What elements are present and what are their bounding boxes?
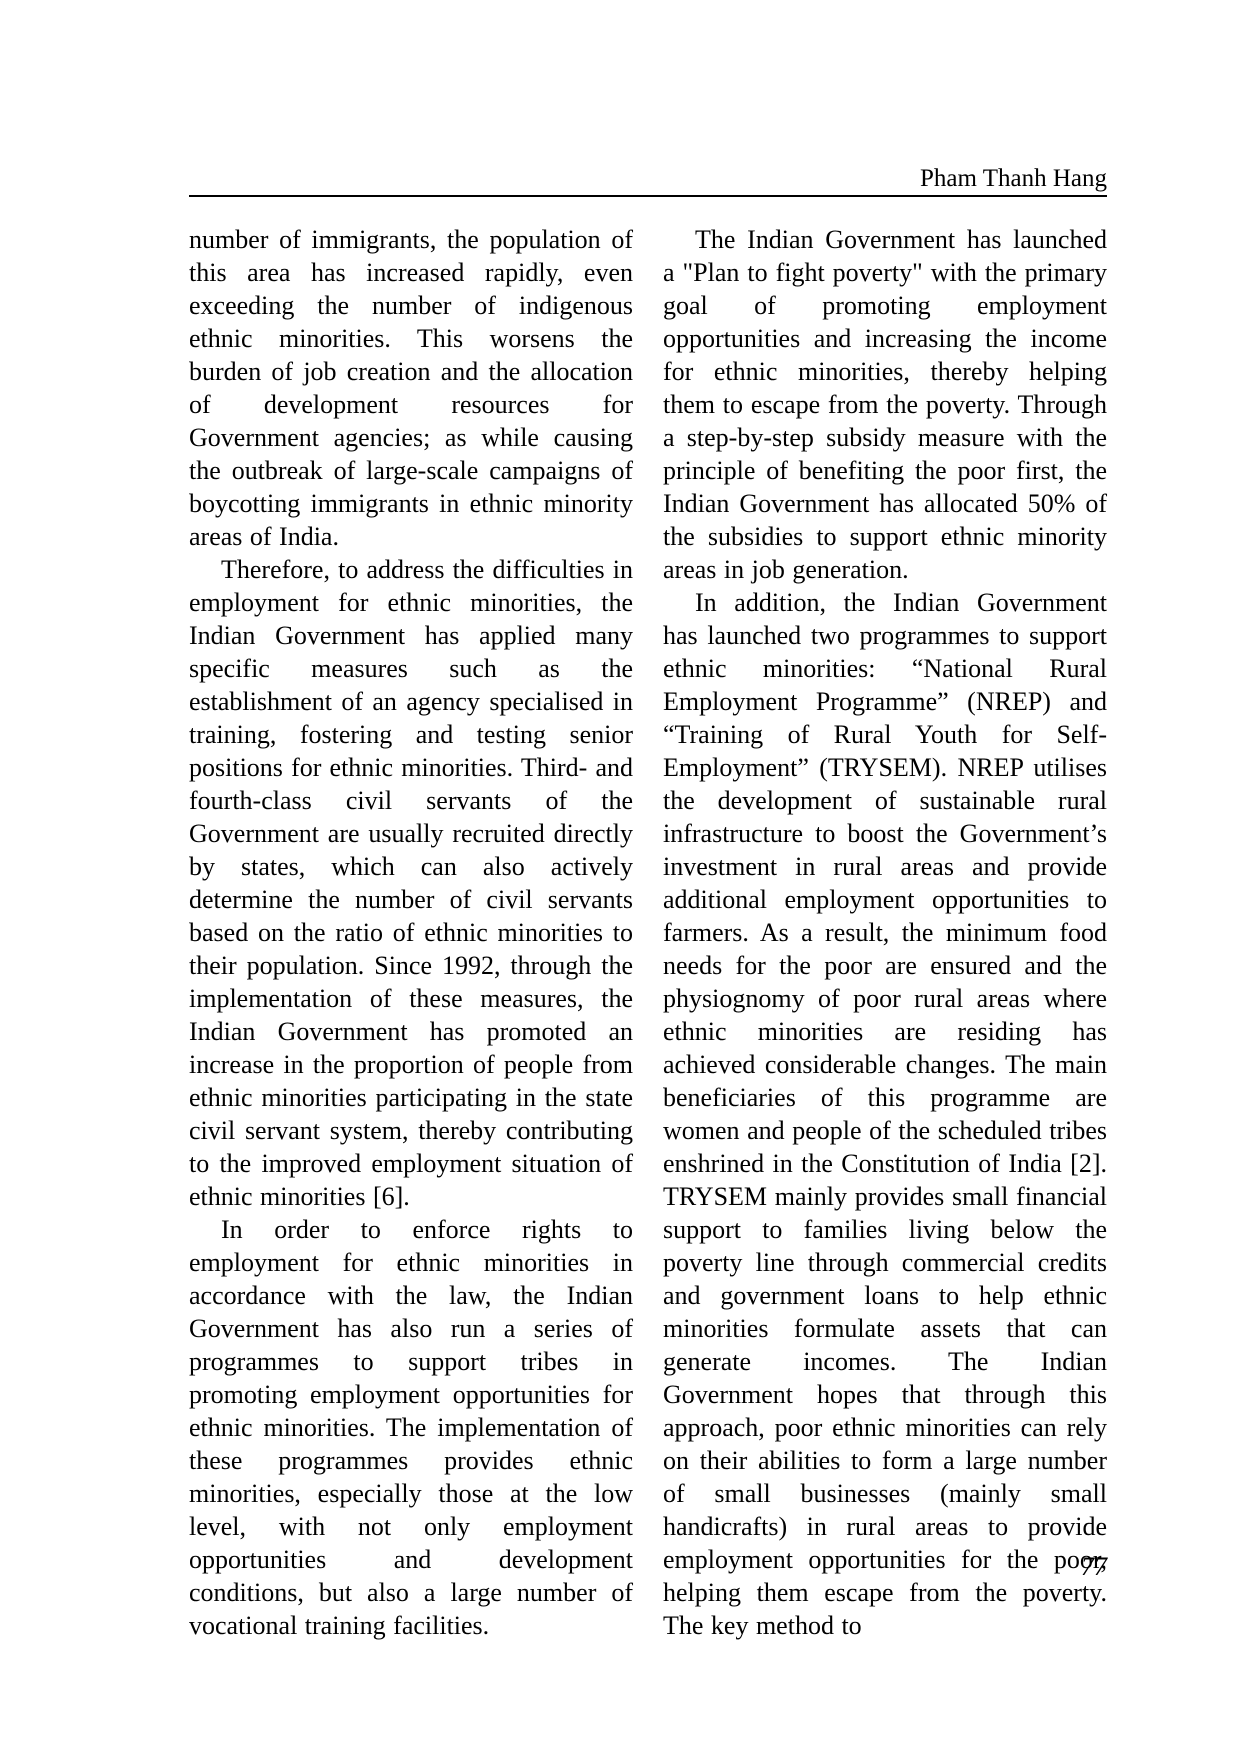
paragraph-right-2: In addition, the Indian Government has l… — [663, 586, 1107, 1642]
column-right: The Indian Government has launched a "Pl… — [663, 223, 1107, 1642]
paragraph-left-3: In order to enforce rights to employment… — [189, 1213, 633, 1642]
content-columns: number of immigrants, the population of … — [189, 223, 1107, 1642]
column-left: number of immigrants, the population of … — [189, 223, 633, 1642]
running-head-author: Pham Thanh Hang — [189, 165, 1107, 193]
page-number: 77 — [1081, 1552, 1107, 1582]
header-rule — [189, 195, 1107, 197]
page-header: Pham Thanh Hang — [189, 165, 1107, 197]
paragraph-left-1: number of immigrants, the population of … — [189, 223, 633, 553]
document-page: Pham Thanh Hang number of immigrants, th… — [0, 0, 1240, 1753]
paragraph-right-1: The Indian Government has launched a "Pl… — [663, 223, 1107, 586]
paragraph-left-2: Therefore, to address the difficulties i… — [189, 553, 633, 1213]
